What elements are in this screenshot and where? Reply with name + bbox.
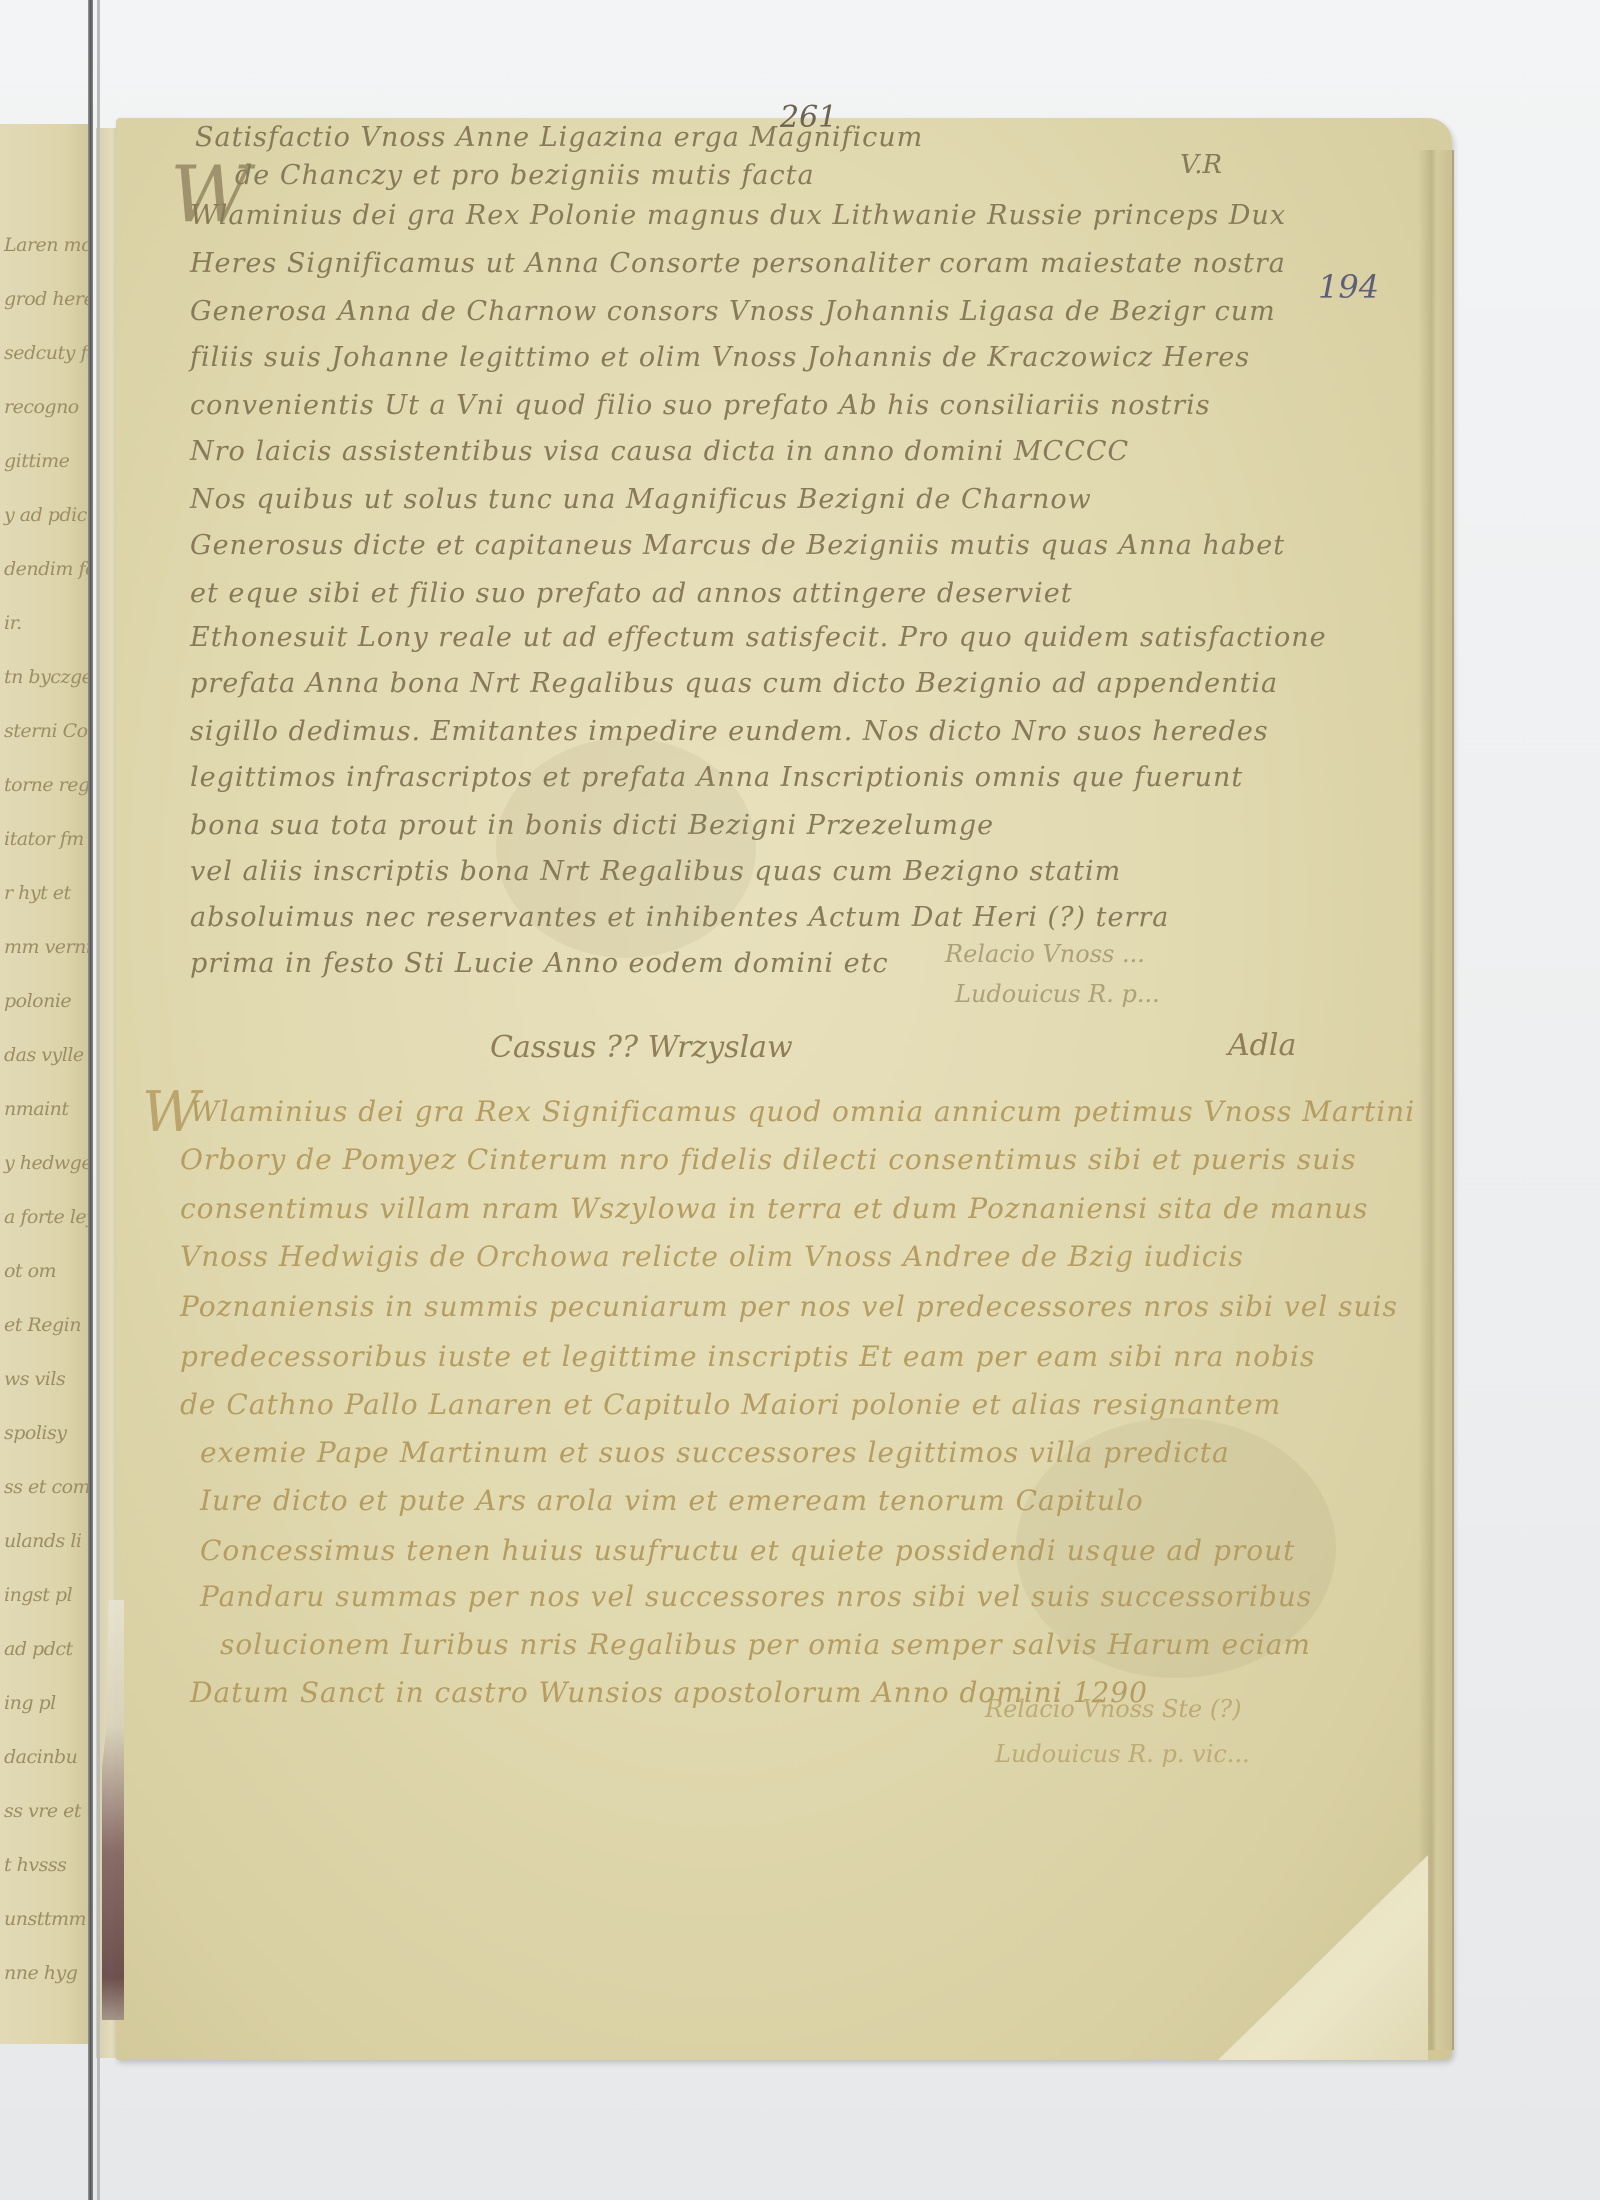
section-2-line: Pandaru summas per nos vel successores n…	[200, 1580, 1312, 1613]
left-page-text-fragment: recogno	[4, 396, 79, 418]
section-1-line: et eque sibi et filio suo prefato ad ann…	[190, 578, 1073, 609]
section-1-signature-line-2: Ludouicus R. p...	[955, 980, 1160, 1008]
section-1-signature-line-1: Relacio Vnoss ...	[945, 940, 1145, 968]
section-1-line: prima in festo Sti Lucie Anno eodem domi…	[190, 948, 889, 979]
section-2-line: de Cathno Pallo Lanaren et Capitulo Maio…	[180, 1388, 1281, 1421]
section-1-line: bona sua tota prout in bonis dicti Bezig…	[190, 810, 994, 841]
folio-number-margin: 194	[1318, 268, 1379, 306]
section-2-line: Vnoss Hedwigis de Orchowa relicte olim V…	[180, 1240, 1244, 1273]
section-1-line: Generosa Anna de Charnow consors Vnoss J…	[190, 296, 1276, 327]
left-page-text-fragment: ot om	[4, 1260, 56, 1282]
section-2-heading-right: Adla	[1228, 1028, 1296, 1063]
section-1-line: prefata Anna bona Nrt Regalibus quas cum…	[190, 668, 1278, 699]
section-2-signature-line-2: Ludouicus R. p. vic...	[995, 1740, 1250, 1768]
section-2-line: predecessoribus iuste et legittime inscr…	[180, 1340, 1315, 1373]
left-page-text-fragment: dacinbu	[4, 1746, 77, 1768]
left-page-text-fragment: nmaint	[4, 1098, 69, 1120]
section-1-line: sigillo dedimus. Emitantes impedire eund…	[190, 716, 1269, 747]
left-page-text-fragment: tn byczge	[4, 666, 92, 688]
left-page-text-fragment: ws vils	[4, 1368, 65, 1390]
left-page-text-fragment: das vylle	[4, 1044, 84, 1066]
section-1-line: convenientis Ut a Vni quod filio suo pre…	[190, 390, 1211, 421]
left-page-text-fragment: dendim fo	[4, 558, 92, 580]
section-1-line: Nro laicis assistentibus visa causa dict…	[190, 436, 1129, 467]
left-page-text-fragment: nne hyg	[4, 1962, 77, 1984]
page-edge	[1418, 150, 1454, 2050]
section-2-line: Concessimus tenen huius usufructu et qui…	[200, 1534, 1295, 1567]
left-page-text-fragment: ad pdct	[4, 1638, 73, 1660]
section-2-line: exemie Pape Martinum et suos successores…	[200, 1436, 1230, 1469]
left-page-text-fragment: ss et com	[4, 1476, 90, 1498]
section-1-line: Wlaminius dei gra Rex Polonie magnus dux…	[190, 200, 1286, 231]
left-page-text-fragment: ing pl	[4, 1692, 56, 1714]
section-2-line: Iure dicto et pute Ars arola vim et emer…	[200, 1484, 1144, 1517]
section-1-line: vel aliis inscriptis bona Nrt Regalibus …	[190, 856, 1121, 887]
left-page-text-fragment: sedcuty fo	[4, 342, 92, 364]
left-page-text-fragment: gittime	[4, 450, 69, 472]
left-page-text-fragment: ulands li	[4, 1530, 81, 1552]
left-page-text-fragment: polonie	[4, 990, 71, 1012]
left-page-text-fragment: ir.	[4, 612, 22, 634]
section-1-line: Satisfactio Vnoss Anne Ligazina erga Mag…	[195, 122, 923, 153]
margin-mark: V.R	[1180, 150, 1222, 180]
left-page-text-fragment: y hedwge	[4, 1152, 92, 1174]
left-facing-page: Laren mogrod heresedcuty forecognogittim…	[0, 124, 92, 2044]
left-page-text-fragment: grod here	[4, 288, 92, 310]
left-page-text-fragment: spolisy	[4, 1422, 67, 1444]
left-page-text-fragment: torne reg	[4, 774, 90, 796]
section-1-line: Heres Significamus ut Anna Consorte pers…	[190, 248, 1286, 279]
left-page-text-fragment: et Regin	[4, 1314, 81, 1336]
section-1-line: absoluimus nec reservantes et inhibentes…	[190, 902, 1169, 933]
left-page-text-fragment: t hvsss	[4, 1854, 66, 1876]
binding-rod	[88, 0, 93, 2200]
section-1-line: Ethonesuit Lony reale ut ad effectum sat…	[190, 622, 1327, 653]
left-page-text-fragment: ss vre et	[4, 1800, 81, 1822]
left-page-text-fragment: Laren mo	[4, 234, 92, 256]
left-page-text-fragment: a forte ley	[4, 1206, 92, 1228]
left-page-text-fragment: unsttmm	[4, 1908, 86, 1930]
section-2-line: solucionem Iuribus nris Regalibus per om…	[220, 1628, 1311, 1661]
left-page-text-fragment: r hyt et	[4, 882, 71, 904]
section-2-line: consentimus villam nram Wszylowa in terr…	[180, 1192, 1368, 1225]
section-2-heading: Cassus ?? Wrzyslaw	[490, 1030, 793, 1065]
section-2-line: Orbory de Pomyez Cinterum nro fidelis di…	[180, 1143, 1357, 1176]
section-1-line: Generosus dicte et capitaneus Marcus de …	[190, 530, 1285, 561]
section-1-line: de Chanczy et pro bezigniis mutis facta	[235, 160, 815, 191]
section-2-line: Wlaminius dei gra Rex Significamus quod …	[190, 1095, 1415, 1128]
left-page-text-fragment: sterni Com	[4, 720, 92, 742]
left-page-text-fragment: ingst pl	[4, 1584, 72, 1606]
section-1-line: Nos quibus ut solus tunc una Magnificus …	[190, 484, 1092, 515]
section-2-line: Poznaniensis in summis pecuniarum per no…	[180, 1290, 1398, 1323]
section-2-signature-line-1: Relacio Vnoss Ste (?)	[985, 1695, 1241, 1723]
left-page-text-fragment: mm verni	[4, 936, 91, 958]
left-page-text-fragment: itator fm	[4, 828, 84, 850]
section-1-line: filiis suis Johanne legittimo et olim Vn…	[190, 342, 1250, 373]
binding-rod-shadow	[97, 0, 100, 2200]
left-page-text-fragment: y ad pdic	[4, 504, 87, 526]
section-1-line: legittimos infrascriptos et prefata Anna…	[190, 762, 1243, 793]
